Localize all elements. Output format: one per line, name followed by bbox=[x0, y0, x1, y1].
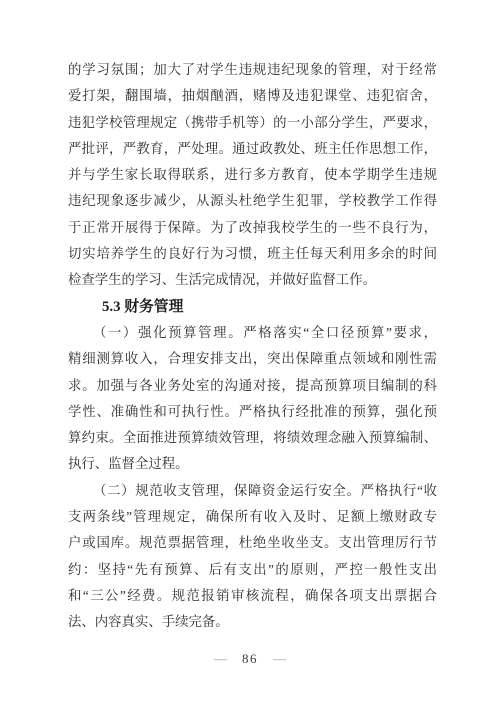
para1-line: 违纪现象逐步减少，从源头杜绝学生犯罪，学校教学工作得 bbox=[68, 188, 437, 214]
para1-line: 于正常开展得于保障。为了改掉我校学生的一些不良行为， bbox=[68, 215, 437, 241]
para3-line: 户或国库。规范票据管理，杜绝坐收坐支。支出管理厉行节 bbox=[68, 530, 437, 556]
para1-line: 并与学生家长取得联系，进行多方教育，使本学期学生违规 bbox=[68, 162, 437, 188]
para3-line: 支两条线”管理规定，确保所有收入及时、足额上缴财政专 bbox=[68, 504, 437, 530]
para3-line: 和“三公”经费。规范报销审核流程，确保各项支出票据合 bbox=[68, 583, 437, 609]
para1-line: 爱打架，翻围墙，抽烟酗酒，赌博及违犯课堂、违犯宿舍， bbox=[68, 83, 437, 109]
para2-line: （一）强化预算管理。严格落实“全口径预算”要求， bbox=[68, 320, 437, 346]
para1-line: 切实培养学生的良好行为习惯，班主任每天利用多余的时间 bbox=[68, 241, 437, 267]
para2-line: 学性、准确性和可执行性。严格执行经批准的预算，强化预 bbox=[68, 399, 437, 425]
footer-dash-left: — bbox=[214, 649, 227, 669]
para3-line: 约：坚持“先有预算、后有支出”的原则，严控一般性支出 bbox=[68, 557, 437, 583]
footer-dash-right: — bbox=[273, 649, 286, 669]
section-heading: 5.3 财务管理 bbox=[68, 294, 437, 320]
para2-line: 算约束。全面推进预算绩效管理，将绩效理念融入预算编制、 bbox=[68, 425, 437, 451]
para2-line: 求。加强与各业务处室的沟通对接，提高预算项目编制的科 bbox=[68, 373, 437, 399]
para3-line: （二）规范收支管理，保障资金运行安全。严格执行“收 bbox=[68, 478, 437, 504]
text-block: 的学习氛围；加大了对学生违规违纪现象的管理，对于经常 爱打架，翻围墙，抽烟酗酒，… bbox=[68, 57, 437, 636]
document-page: 的学习氛围；加大了对学生违规违纪现象的管理，对于经常 爱打架，翻围墙，抽烟酗酒，… bbox=[0, 0, 500, 707]
para1-line: 严批评，严教育，严处理。通过政教处、班主任作思想工作， bbox=[68, 136, 437, 162]
para1-line: 违犯学校管理规定（携带手机等）的一小部分学生，严要求， bbox=[68, 110, 437, 136]
para3-line: 法、内容真实、手续完备。 bbox=[68, 609, 437, 635]
page-footer: — 86 — bbox=[0, 649, 500, 669]
para1-line: 的学习氛围；加大了对学生违规违纪现象的管理，对于经常 bbox=[68, 57, 437, 83]
page-number: 86 bbox=[242, 649, 258, 669]
para2-line: 精细测算收入，合理安排支出，突出保障重点领域和刚性需 bbox=[68, 346, 437, 372]
para1-line: 检查学生的学习、生活完成情况，并做好监督工作。 bbox=[68, 267, 437, 293]
para2-line: 执行、监督全过程。 bbox=[68, 451, 437, 477]
